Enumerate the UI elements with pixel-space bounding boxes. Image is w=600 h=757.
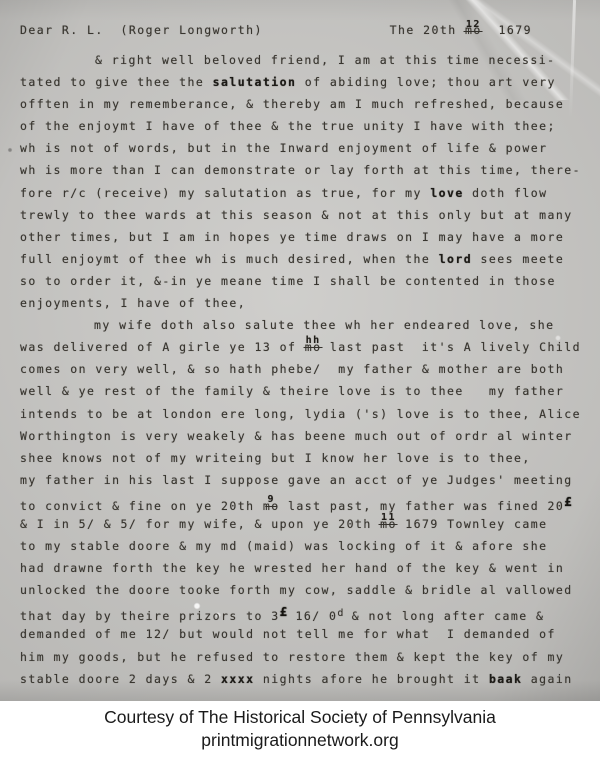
salutation-line: Dear R. L. (Roger Longworth) <box>20 18 263 42</box>
month-superscript-stack: hhmo <box>305 336 322 358</box>
letter-line: stable doore 2 days & 2 xxxx nights afor… <box>20 668 590 690</box>
month-superscript-stack: 11mo <box>380 513 397 535</box>
scanned-letter-page: Dear R. L. (Roger Longworth) The 20th 12… <box>0 0 600 757</box>
date-line: The 20th 12mo 1679 <box>390 18 590 42</box>
handwritten-pound-mark: £ <box>280 604 288 619</box>
letter-line: intends to be at london ere long, lydia … <box>20 403 590 425</box>
letter-line: that day by theire prizors to 3£ 16/ 0d … <box>20 601 590 623</box>
month-superscript-stack: 9mo <box>263 495 280 517</box>
letter-scan: Dear R. L. (Roger Longworth) The 20th 12… <box>0 0 600 701</box>
letter-line: comes on very well, & so hath phebe/ my … <box>20 358 590 380</box>
letter-line: demanded of me 12/ but would not tell me… <box>20 623 590 645</box>
date-prefix: The 20th <box>390 23 465 37</box>
letter-line: other times, but I am in hopes ye time d… <box>20 226 590 248</box>
letter-line: was delivered of A girle ye 13 of hhmo l… <box>20 336 590 358</box>
letter-line: tated to give thee the salutation of abi… <box>20 71 590 93</box>
letter-line: & right well beloved friend, I am at thi… <box>20 49 590 71</box>
letter-line: well & ye rest of the family & theire lo… <box>20 380 590 402</box>
letter-body: & right well beloved friend, I am at thi… <box>20 49 590 690</box>
letter-text: Dear R. L. (Roger Longworth) The 20th 12… <box>20 18 590 690</box>
letter-line: offten in my rememberance, & thereby am … <box>20 93 590 115</box>
date-year: 1679 <box>482 23 532 37</box>
letter-line: had drawne forth the key he wrested her … <box>20 557 590 579</box>
month-superscript-stack: 12mo <box>465 18 482 42</box>
letter-line: wh is more than I can demonstrate or lay… <box>20 159 590 181</box>
letter-line: shee knows not of my writeing but I know… <box>20 447 590 469</box>
letter-line: wh is not of words, but in the Inward en… <box>20 137 590 159</box>
caption-credit: Courtesy of The Historical Society of Pe… <box>0 706 600 729</box>
letter-line: & I in 5/ & 5/ for my wife, & upon ye 20… <box>20 513 590 535</box>
letter-line: so to order it, &-in ye meane time I sha… <box>20 270 590 292</box>
letter-line: full enjoymt of thee wh is much desired,… <box>20 248 590 270</box>
letter-line: Worthington is very weakely & has beene … <box>20 425 590 447</box>
month-number: 12 <box>464 20 483 32</box>
letter-line: of the enjoymt I have of thee & the true… <box>20 115 590 137</box>
letter-line: my father in his last I suppose gave an … <box>20 469 590 491</box>
letter-line: my wife doth also salute thee wh her end… <box>20 314 590 336</box>
letter-line: enjoyments, I have of thee, <box>20 292 590 314</box>
letter-line: trewly to thee wards at this season & no… <box>20 204 590 226</box>
letter-line: fore r/c (receive) my salutation as true… <box>20 182 590 204</box>
letter-line: unlocked the doore tooke forth my cow, s… <box>20 579 590 601</box>
caption-strip: Courtesy of The Historical Society of Pe… <box>0 701 600 757</box>
letter-header-line: Dear R. L. (Roger Longworth) The 20th 12… <box>20 18 590 42</box>
caption-website: printmigrationnetwork.org <box>0 729 600 752</box>
letter-line: him my goods, but he refused to restore … <box>20 646 590 668</box>
handwritten-pound-mark: £ <box>564 494 572 509</box>
letter-line: to my stable doore & my md (maid) was lo… <box>20 535 590 557</box>
letter-line: to convict & fine on ye 20th 9mo last pa… <box>20 491 590 513</box>
